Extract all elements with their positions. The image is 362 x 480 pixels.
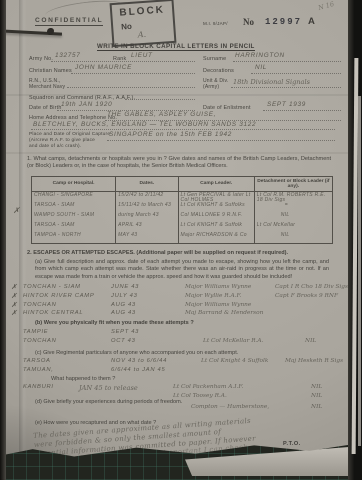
table-row: TARSOA - SIAM: [32, 222, 115, 232]
pencil-cross-mark: ✗: [11, 301, 17, 309]
camp-cell: TARSOA - SIAM: [34, 203, 75, 208]
army-no-value: 132757: [55, 52, 81, 59]
navy-label-line2: Merchant Navy: [29, 84, 65, 90]
question-2b-text: (b) Were you physically fit when you mad…: [35, 320, 315, 327]
camp-entry-row: TAMUAN, 6/6/44 to JAN 45: [23, 367, 343, 376]
leader-cell: Lt Col KNIGHT & Suffolks: [181, 203, 245, 208]
camp-leader: Major Williams Wynne: [185, 302, 251, 308]
dates-cell: APRIL 43: [118, 223, 142, 228]
camp-name: TAMUAN,: [23, 367, 54, 373]
enlistment-value: SEPT 1939: [267, 101, 306, 108]
camp-entry-row: ✗ HINTOK CENTRAL AUG 43 Maj Barrand & He…: [23, 310, 343, 319]
camp-dates: AUG 43: [111, 302, 136, 308]
camp-entry-row: ✗ HINTOK RIVER CAMP JULY 43 Major Wyllie…: [23, 293, 343, 302]
camp-block-leader: Capt I R Cho 18 Div Sigs: [275, 284, 348, 290]
surname-label: Surname: [203, 56, 226, 62]
dates-cell: MAY 43: [118, 233, 137, 238]
field-line: [233, 60, 341, 62]
camps-table-col-block-leader: Detachment or Block Leader (if any). Lt …: [255, 177, 332, 243]
dates-cell: during March 43: [118, 213, 159, 218]
block-number-stamp: BLOCK No A.: [110, 0, 177, 47]
decorations-value: NIL: [255, 64, 267, 71]
dob-value: 19th JAN 1920: [61, 101, 112, 108]
block-leader-cell: =: [285, 203, 288, 208]
camp-name: TONCHAN: [23, 302, 56, 308]
block-leader-cell: Lt Col McKellar: [257, 223, 295, 228]
block-stamp-title: BLOCK: [112, 4, 173, 19]
field-line: [107, 139, 335, 141]
table-row: during March 43: [116, 212, 177, 222]
camp-dates: NOV 43 to 6/6/44: [111, 358, 167, 364]
table-row: =: [255, 202, 332, 212]
field-line: [251, 72, 341, 74]
camp-name: HINTOK CENTRAL: [23, 310, 83, 316]
camp-entry-row: TARSOA NOV 43 to 6/6/44 Lt Col Knight 4 …: [23, 358, 343, 367]
question-2c-text: (c) Give Regimental particulars of anyon…: [35, 350, 315, 357]
no-label: No: [243, 17, 254, 27]
address-value-line2: BLETCHLEY, BUCKS, ENGLAND — TEL WOBURN S…: [33, 121, 256, 128]
field-line: [263, 109, 341, 111]
table-row: Major RICHARDSON & Co: [179, 232, 254, 242]
surname-value: HARRINGTON: [235, 52, 285, 59]
unit-label-line2: (Army): [203, 84, 219, 90]
pencil-cross-mark: ✗: [11, 292, 17, 300]
camp-block-leader: NIL: [305, 338, 316, 344]
camps-table-col-camp: Camp or Hospital. CHANGI - SINGAPORE TAR…: [32, 177, 116, 243]
camp-dates: JULY 43: [111, 293, 138, 299]
camp-entry-row: KANBURI JAN 45 to release Lt Col Packenh…: [23, 384, 343, 393]
field-line: [31, 128, 335, 130]
camp-leader: Major Williams Wynne: [185, 284, 251, 290]
camp-name: TONCHAN: [23, 338, 56, 344]
table-row: Lt Gen PERCIVAL & later Lt Col HOLMES: [179, 192, 254, 202]
camp-entry-row: TAMPIE SEPT 43: [23, 329, 343, 338]
unit-value: 18th Divisional Signals: [233, 78, 310, 86]
table-row: TARSOA - SIAM: [32, 202, 115, 212]
camps-table-col-dates: Dates. 15/2/42 to 2/11/42 15/11/42 to Ma…: [116, 177, 178, 243]
christian-names-label: Christian Names: [29, 68, 72, 74]
camp-block-leader: NIL: [311, 393, 322, 399]
leader-cell: Lt Col KNIGHT & Suffolk: [181, 223, 243, 228]
camp-dates: OCT 43: [111, 338, 136, 344]
address-value-line1: THE GABLES, ASPLEY GUISE,: [107, 111, 216, 118]
camps-table-header: Camp or Hospital.: [32, 177, 115, 192]
camp-block-leader: NIL: [311, 384, 322, 390]
table-row: APRIL 43: [116, 222, 177, 232]
table-row: Lt Col R.M. ROBERTS R.E. 18 Div Sigs: [255, 192, 332, 202]
camp-dates: AUG 43: [111, 310, 136, 316]
camp-leader: Lt Col Packenham A.I.F.: [173, 384, 243, 390]
table-row: Col MALLONEE 9 R.N.F.: [179, 212, 254, 222]
table-row: Lt Col McKellar: [255, 222, 332, 232]
field-line: [231, 86, 341, 88]
camp-entry-row: TONCHAN OCT 43 Lt Col McKellar R.A. NIL: [23, 338, 343, 347]
table-row: 15/2/42 to 2/11/42: [116, 192, 177, 202]
camp-dates: SEPT 43: [111, 329, 139, 335]
table-row: NIL: [255, 212, 332, 222]
decorations-label: Decorations: [203, 68, 234, 74]
camp-name: TARSOA: [23, 358, 51, 364]
camps-table-col-leader: Camp Leader. Lt Gen PERCIVAL & later Lt …: [179, 177, 255, 243]
field-line: [71, 72, 195, 74]
field-line: [51, 60, 195, 62]
camp-block-leader: Capt F Brooks 9 RNF: [275, 293, 338, 299]
dates-cell: 15/2/42 to 2/11/42: [118, 193, 163, 198]
table-row: TAMPOA - NORTH: [32, 232, 115, 242]
block-stamp-no-label: No: [121, 22, 132, 32]
table-row: Lt Col KNIGHT & Suffolk: [179, 222, 254, 232]
what-happened-label: What happened to them ?: [51, 376, 251, 383]
camp-block-leader: Maj Hesketh R Sigs: [285, 358, 343, 364]
christian-names-value: JOHN MAURICE: [75, 64, 132, 71]
field-line: [57, 109, 195, 111]
series-letter: A: [308, 16, 315, 27]
table-row: MAY 43: [116, 232, 177, 242]
field-line: [125, 98, 195, 100]
camp-name: HINTOK RIVER CAMP: [23, 293, 94, 299]
rank-value: LIEUT: [131, 52, 153, 59]
question-2-heading: 2. ESCAPES OR ATTEMPTED ESCAPES. (Additi…: [27, 250, 331, 257]
camp-cell: WAMPO SOUTH - SIAM: [34, 213, 94, 218]
table-row: NIL: [255, 232, 332, 242]
scan-left-edge: [0, 0, 6, 480]
dates-cell: 15/11/42 to March 43: [118, 203, 171, 208]
field-line: [67, 86, 195, 88]
camps-table-header: Camp Leader.: [179, 177, 254, 192]
capture-label-line3: and date of a/c crash).: [29, 144, 81, 150]
form-page: CONFIDENTIAL BLOCK No A. M.I. 9/JAP/ No …: [5, 0, 351, 462]
camp-name: TONCHAN - SIAM: [23, 284, 81, 290]
capture-label-line2: (Aircrew R.A.F. to give place: [29, 138, 95, 144]
block-leader-cell: NIL: [281, 233, 290, 238]
page-edge-sliver: [358, 96, 361, 446]
table-row: CHANGI - SINGAPORE: [32, 192, 115, 202]
camp-leader: Compton — Humberstone,: [191, 404, 269, 410]
camp-block-leader: NIL: [311, 404, 322, 410]
block-leader-cell: NIL: [281, 213, 290, 218]
block-stamp-value: A.: [138, 30, 147, 40]
camp-name: KANBURI: [23, 384, 54, 390]
block-capitals-instruction: WRITE IN BLOCK CAPITAL LETTERS IN PENCIL: [97, 43, 255, 51]
leader-cell: Major RICHARDSON & Co: [181, 233, 247, 238]
camp-dates: 6/6/44 to JAN 45: [111, 367, 165, 373]
pto-label: P.T.O.: [283, 441, 301, 447]
camp-entry-row: Compton — Humberstone, NIL: [23, 404, 343, 413]
camp-dates: JUNE 43: [111, 284, 139, 290]
table-row: Lt Col KNIGHT & Suffolks: [179, 202, 254, 212]
table-row: 15/11/42 to March 43: [116, 202, 177, 212]
camps-table: Camp or Hospital. CHANGI - SINGAPORE TAR…: [31, 176, 333, 244]
margin-cross-mark: ✗: [13, 206, 20, 215]
field-line: [105, 119, 341, 121]
camp-entry-row: ✗ TONCHAN - SIAM JUNE 43 Major Williams …: [23, 284, 343, 293]
question-2a-text: (a) Give full description and approx. da…: [35, 259, 329, 281]
capture-label-line1: Place and Date of Original Capture: [29, 132, 110, 138]
camp-dates: JAN 45 to release: [79, 384, 138, 392]
camp-name: TAMPIE: [23, 329, 48, 335]
camp-cell: CHANGI - SINGAPORE: [34, 193, 93, 198]
camp-cell: TAMPOA - NORTH: [34, 233, 81, 238]
serial-number: 12997: [265, 17, 302, 27]
camp-cell: TARSOA - SIAM: [34, 223, 75, 228]
leader-cell: Col MALLONEE 9 R.N.F.: [181, 213, 243, 218]
camp-leader: Maj Barrand & Henderson: [185, 310, 263, 316]
pencil-cross-mark: ✗: [11, 283, 17, 291]
table-row: WAMPO SOUTH - SIAM: [32, 212, 115, 222]
question-1-text: 1. What camps, detachments or hospitals …: [27, 156, 331, 171]
camp-leader: Lt Col Knight 4 Suffolk: [201, 358, 268, 364]
capture-value: SINGAPORE on the 15th FEB 1942: [109, 131, 232, 138]
camp-leader: Major Wyllie R.A.F.: [185, 293, 241, 299]
pencil-cross-mark: ✗: [11, 309, 17, 317]
army-no-label: Army No.: [29, 56, 53, 62]
form-reference: M.I. 9/JAP/: [203, 21, 228, 27]
camps-table-header: Detachment or Block Leader (if any).: [255, 177, 332, 192]
corner-pencil-note: N 16: [317, 0, 335, 12]
paper-crease-horizontal: [5, 152, 351, 154]
camp-leader: Lt Col McKellar R.A.: [203, 338, 263, 344]
camps-table-header: Dates.: [116, 177, 177, 192]
confidential-stamp: CONFIDENTIAL: [35, 17, 103, 26]
